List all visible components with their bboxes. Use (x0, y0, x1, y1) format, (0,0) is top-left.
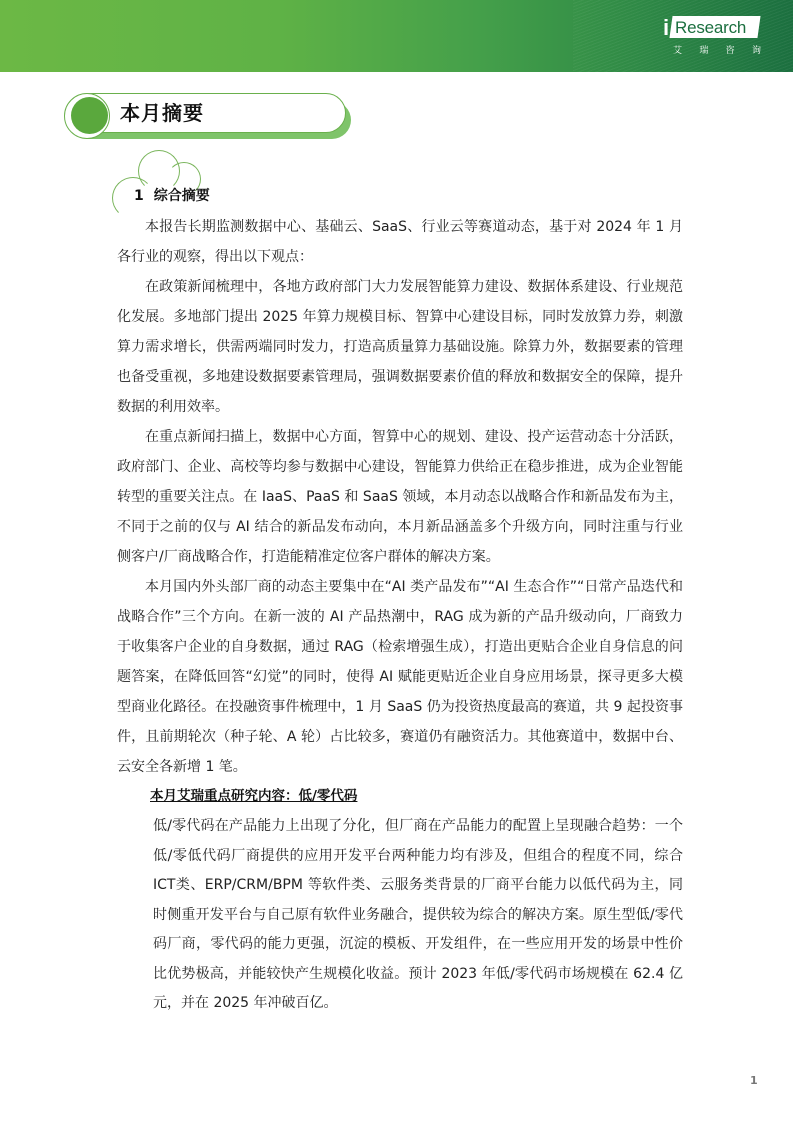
logo-cn-char: 瑞 (699, 45, 708, 57)
page-number: 1 (750, 1074, 758, 1087)
research-focus-text: 低/零代码在产品能力上出现了分化，但厂商在产品能力的配置上呈现融合趋势：一个低/… (153, 812, 683, 1019)
logo-cn-char: 询 (752, 45, 761, 57)
header-band: i Research 艾 瑞 咨 询 (0, 0, 793, 72)
logo-chinese-name: 艾 瑞 咨 询 (673, 45, 761, 57)
paragraph-key-news: 在重点新闻扫描上，数据中心方面，智算中心的规划、建设、投产运营动态十分活跃，政府… (117, 422, 683, 572)
iresearch-logo: i Research 艾 瑞 咨 询 (661, 16, 771, 64)
summary-body: 本报告长期监测数据中心、基础云、SaaS、行业云等赛道动态，基于对 2024 年… (117, 212, 683, 782)
logo-cn-char: 艾 (673, 45, 682, 57)
green-dot-icon (71, 97, 108, 134)
logo-cn-char: 咨 (726, 45, 735, 57)
circle-bullet-icon (64, 93, 110, 139)
logo-brand-text: Research (675, 18, 746, 38)
cloud-outline-icon (112, 150, 212, 218)
paragraph-policy: 在政策新闻梳理中，各地方政府部门大力发展智能算力建设、数据体系建设、行业规范化发… (117, 272, 683, 422)
section-label: 综合摘要 (154, 188, 210, 204)
pill-body (72, 93, 346, 133)
page-title-banner: 本月摘要 (64, 93, 354, 139)
page-title: 本月摘要 (120, 99, 204, 127)
section-heading: 1综合摘要 (134, 186, 210, 206)
logo-i: i (663, 17, 669, 39)
section-number: 1 (134, 188, 144, 204)
paragraph-intro: 本报告长期监测数据中心、基础云、SaaS、行业云等赛道动态，基于对 2024 年… (117, 212, 683, 272)
research-focus-heading: 本月艾瑞重点研究内容：低/零代码 (150, 786, 357, 806)
paragraph-vendors: 本月国内外头部厂商的动态主要集中在“AI 类产品发布”“AI 生态合作”“日常产… (117, 572, 683, 782)
